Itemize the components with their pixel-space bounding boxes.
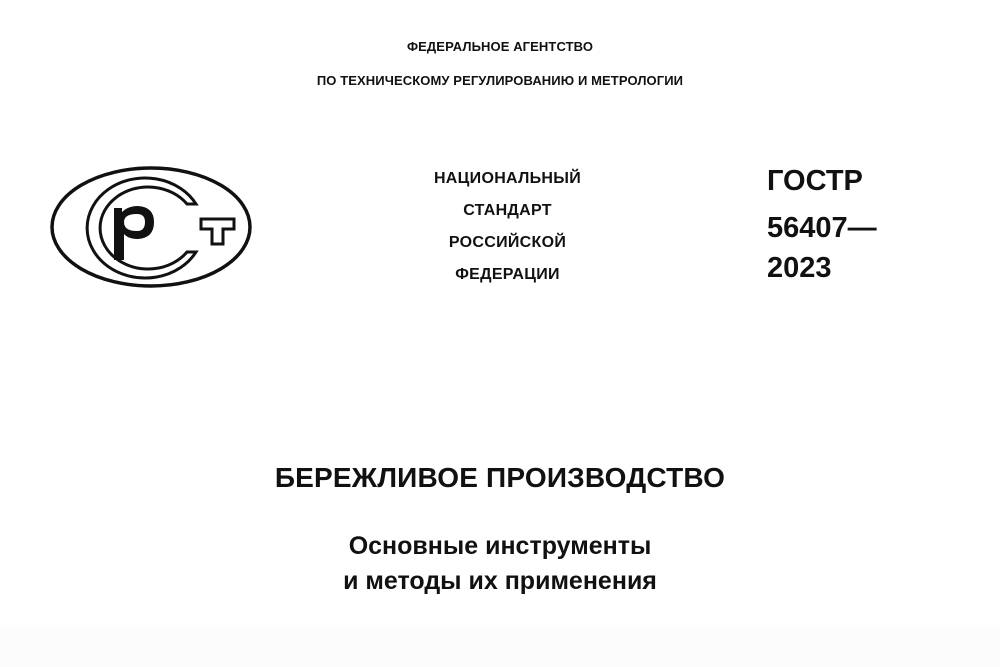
- rst-certification-mark-icon: [48, 164, 254, 292]
- bottom-band: [0, 627, 1000, 667]
- document-title: БЕРЕЖЛИВОЕ ПРОИЗВОДСТВО: [0, 462, 1000, 494]
- agency-name-line-2: ПО ТЕХНИЧЕСКОМУ РЕГУЛИРОВАНИЮ И МЕТРОЛОГ…: [0, 73, 1000, 88]
- standard-type-line-2: СТАНДАРТ: [400, 202, 615, 220]
- designation-number: 56407—: [767, 212, 877, 244]
- standard-type-line-4: ФЕДЕРАЦИИ: [400, 266, 615, 284]
- designation-year: 2023: [767, 252, 832, 284]
- agency-name-line-1: ФЕДЕРАЛЬНОЕ АГЕНТСТВО: [0, 39, 1000, 54]
- standard-type-line-3: РОССИЙСКОЙ: [400, 234, 615, 252]
- designation-prefix: ГОСТР: [767, 165, 863, 197]
- document-subtitle-line-1: Основные инструменты: [0, 532, 1000, 561]
- document-subtitle-line-2: и методы их применения: [0, 567, 1000, 596]
- standard-type-line-1: НАЦИОНАЛЬНЫЙ: [400, 170, 615, 188]
